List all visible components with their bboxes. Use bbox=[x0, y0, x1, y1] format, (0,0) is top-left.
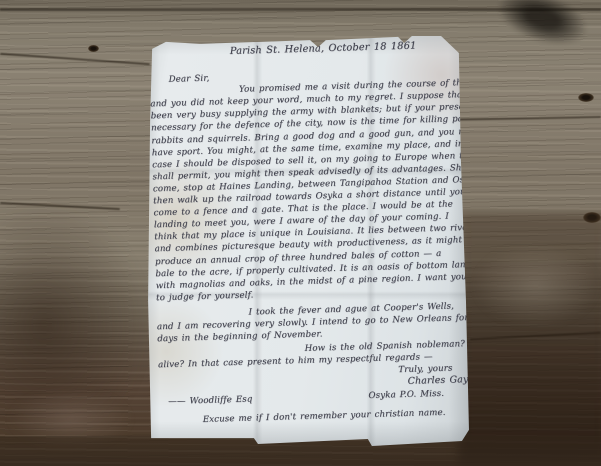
letter-signature: Charles Gayarré bbox=[408, 374, 474, 388]
wood-light-patch-right bbox=[472, 243, 600, 328]
wood-knot-right-upper bbox=[578, 93, 594, 102]
photo-scene: Parish St. Helena, October 18 1861 Dear … bbox=[0, 0, 601, 466]
letter-text: Parish St. Helena, October 18 1861 Dear … bbox=[146, 39, 475, 427]
letter-paper: Parish St. Helena, October 18 1861 Dear … bbox=[136, 34, 472, 446]
wood-knot-left-top bbox=[88, 45, 99, 52]
letter-signature-place: Osyka P.O. Miss. bbox=[368, 387, 444, 401]
letter-addressee: —— Woodliffe Esq bbox=[168, 393, 253, 408]
letter-dateline: Parish St. Helena, October 18 1861 bbox=[230, 39, 464, 58]
letter-postscript: Excuse me if I don't remember your chris… bbox=[203, 406, 475, 426]
letter-signature-row: —— Woodliffe Esq Osyka P.O. Miss. bbox=[156, 386, 474, 408]
